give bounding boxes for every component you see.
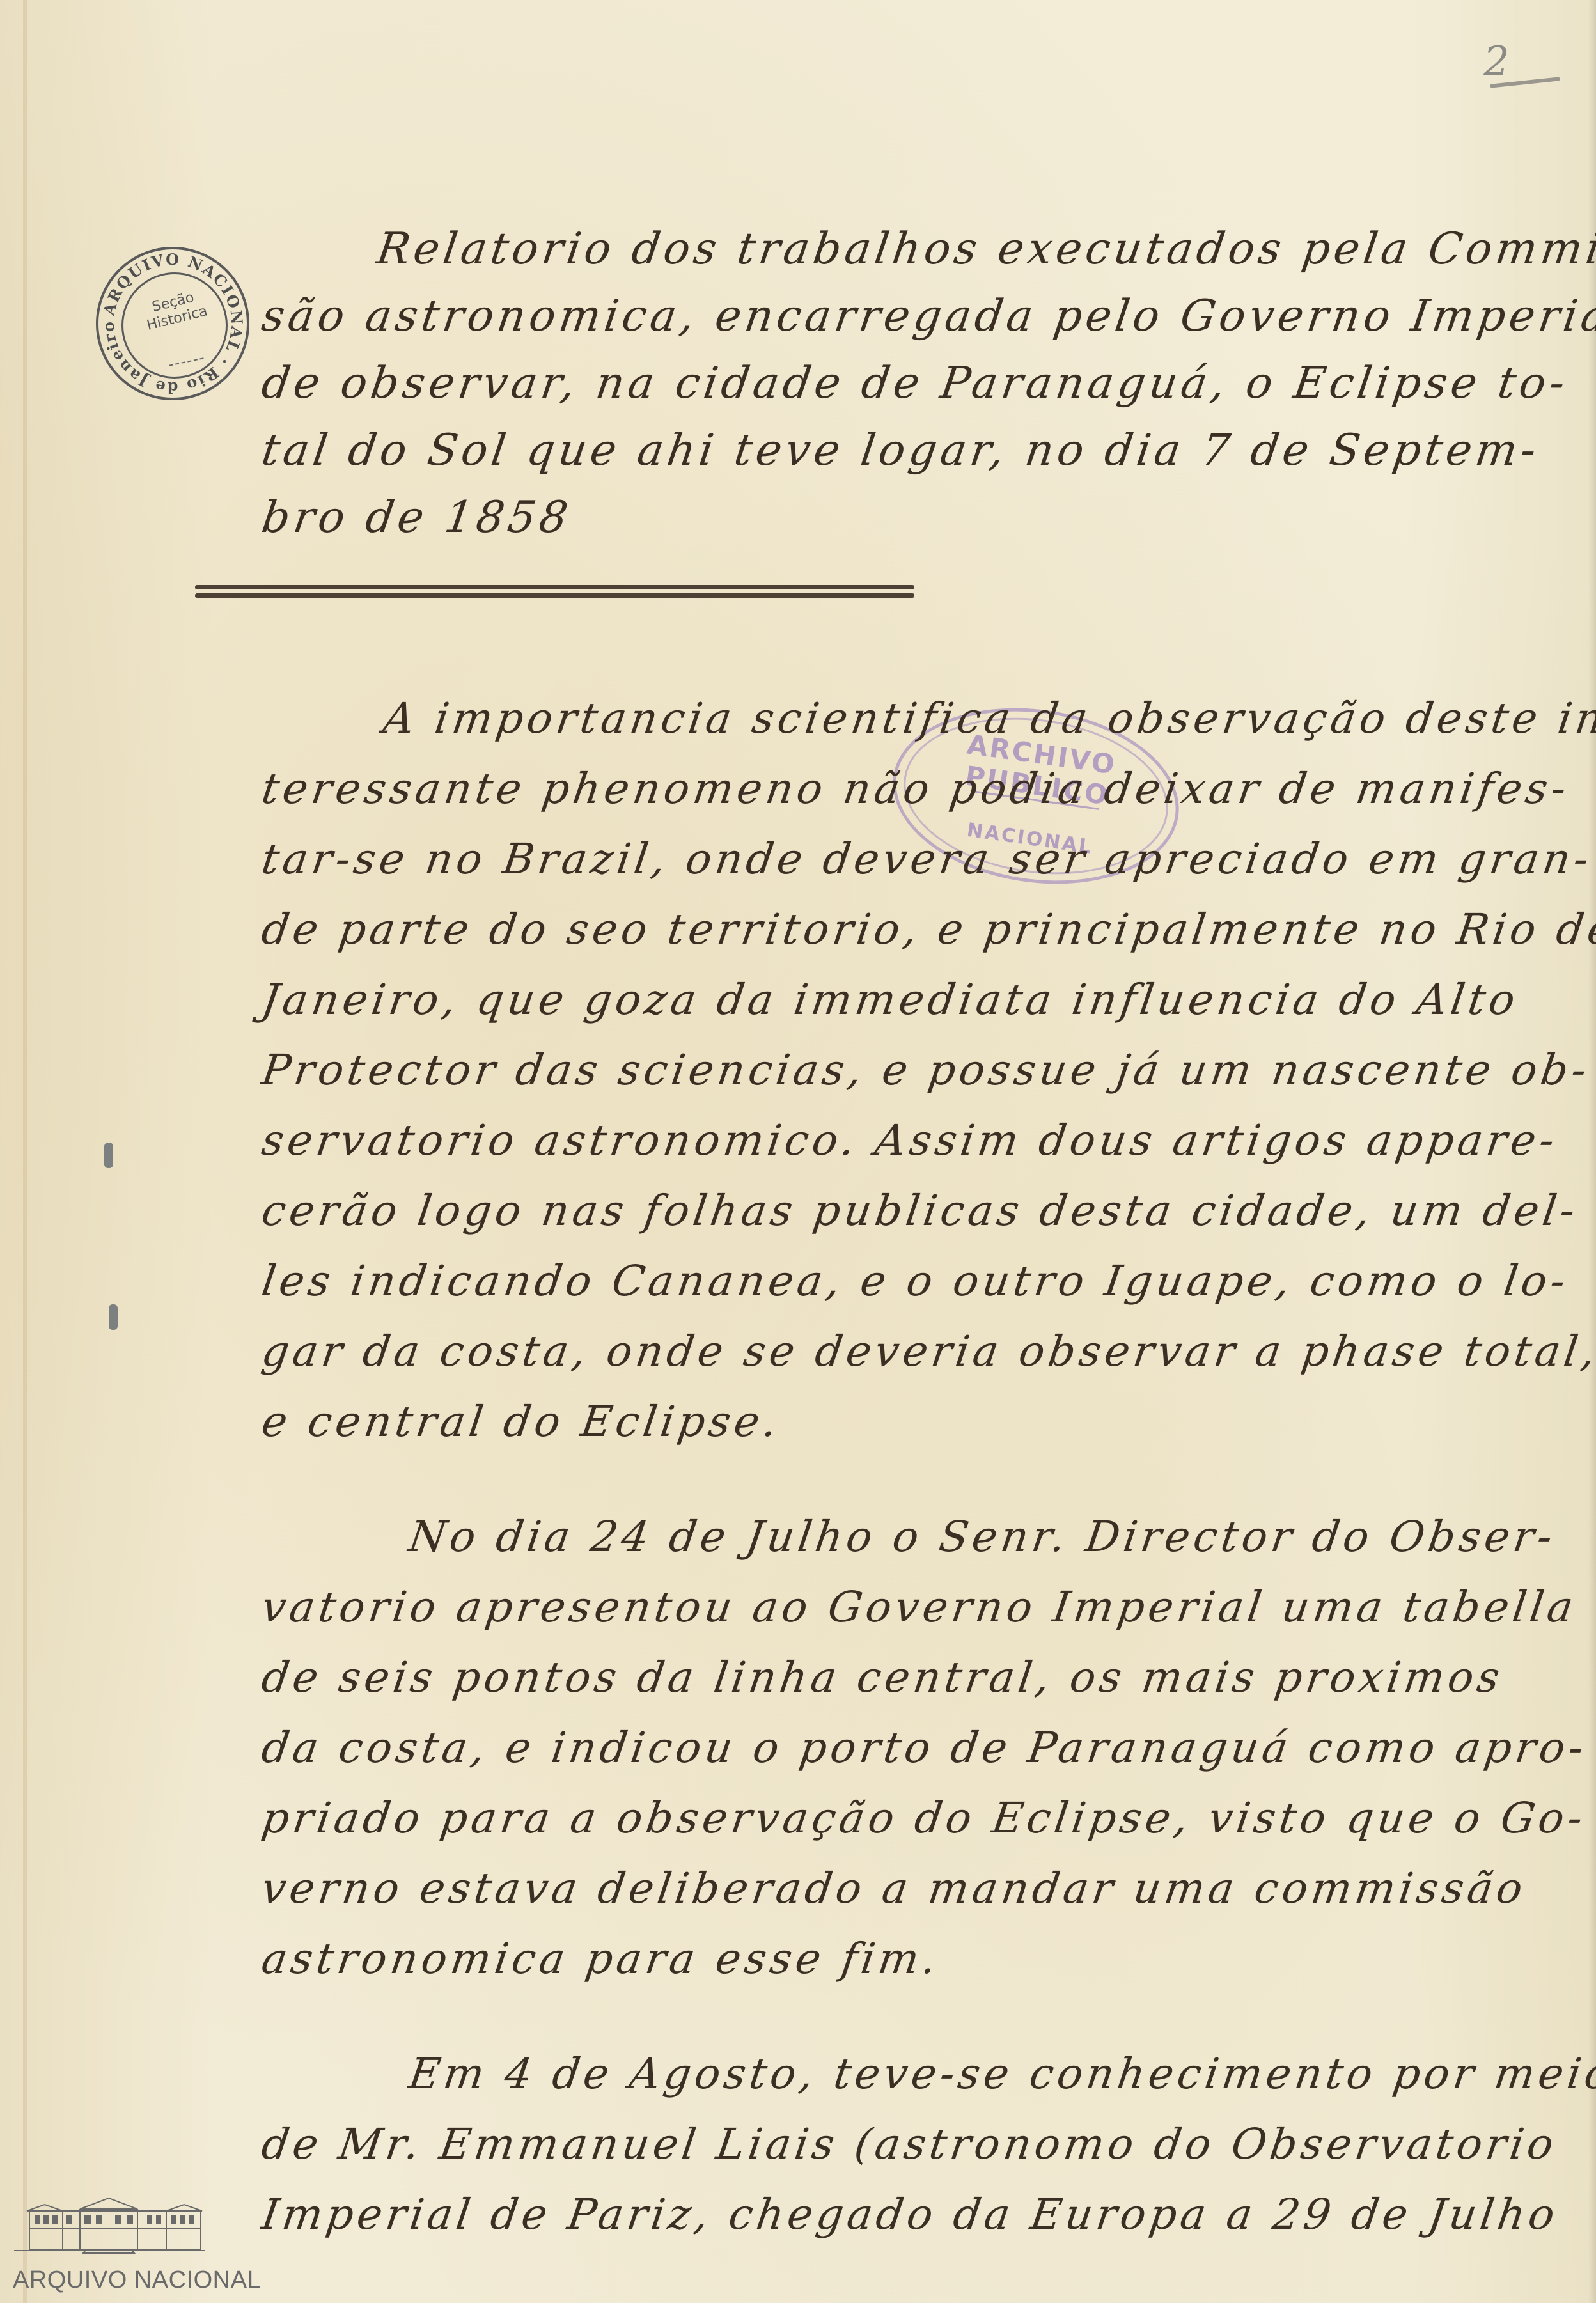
- body-line: Em 4 de Agosto, teve-se conhecimento por…: [0, 2049, 1596, 2098]
- title-line: Relatorio dos trabalhos executados pela …: [0, 224, 1596, 274]
- body-line: verno estava deliberado a mandar uma com…: [0, 1864, 1596, 1913]
- body-line: priado para a observação do Eclipse, vis…: [0, 1793, 1596, 1843]
- folio-number: 2: [1483, 38, 1510, 86]
- title-line: são astronomica, encarregada pelo Govern…: [0, 291, 1596, 341]
- body-line: les indicando Cananea, e o outro Iguape,…: [0, 1256, 1596, 1306]
- body-line: vatorio apresentou ao Governo Imperial u…: [0, 1582, 1596, 1632]
- title-line: tal do Sol que ahi teve logar, no dia 7 …: [0, 425, 1596, 476]
- body-line: A importancia scientifica da observação …: [0, 694, 1596, 743]
- body-line: da costa, e indicou o porto de Paranaguá…: [0, 1723, 1596, 1772]
- binding-hole: [109, 1304, 118, 1330]
- body-line: e central do Eclipse.: [0, 1397, 1596, 1446]
- body-line: cerão logo nas folhas publicas desta cid…: [0, 1186, 1596, 1235]
- body-line: servatorio astronomico. Assim dous artig…: [0, 1116, 1596, 1165]
- body-line: de Mr. Emmanuel Liais (astronomo do Obse…: [0, 2120, 1596, 2169]
- body-line: gar da costa, onde se deveria observar a…: [0, 1327, 1596, 1376]
- body-line: de parte do seo territorio, e principalm…: [0, 905, 1596, 954]
- arquivo-nacional-building-icon: [13, 2193, 211, 2257]
- arquivo-nacional-logo-text: ARQUIVO NACIONAL: [13, 2267, 261, 2294]
- separator-line-bottom: [195, 593, 914, 598]
- separator-line-top: [195, 585, 914, 589]
- body-line: de seis pontos da linha central, os mais…: [0, 1653, 1596, 1702]
- body-line: astronomica para esse fim.: [0, 1934, 1596, 1983]
- title-line: de observar, na cidade de Paranaguá, o E…: [0, 358, 1596, 409]
- body-line: Imperial de Pariz, chegado da Europa a 2…: [0, 2190, 1596, 2239]
- binding-hole: [104, 1143, 113, 1168]
- title-line: bro de 1858: [0, 492, 1596, 543]
- body-line: Janeiro, que goza da immediata influenci…: [0, 975, 1596, 1024]
- body-line: Protector das sciencias, e possue já um …: [0, 1045, 1596, 1095]
- body-line: tar-se no Brazil, onde devera ser apreci…: [0, 834, 1596, 884]
- body-line: teressante phenomeno não podia deixar de…: [0, 764, 1596, 813]
- body-line: No dia 24 de Julho o Senr. Director do O…: [0, 1512, 1596, 1561]
